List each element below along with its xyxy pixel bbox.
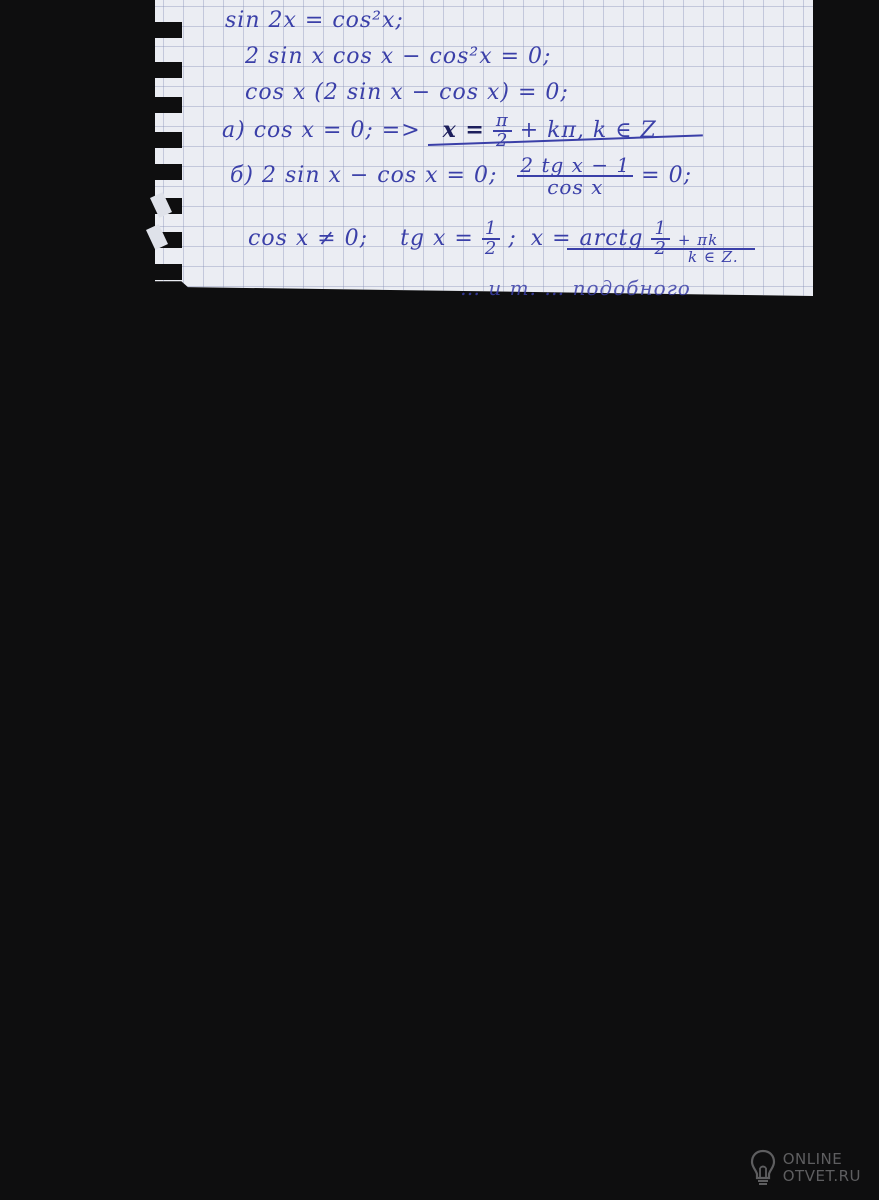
binder-hole — [150, 97, 182, 113]
case-b-line: б) 2 sin x − cos x = 0; 2 tg x − 1 cos x… — [230, 155, 692, 197]
binder-hole — [150, 22, 182, 38]
binder-hole — [150, 264, 182, 280]
tg-fraction-tail: = 0; — [641, 163, 692, 188]
pi-over-two-fraction: π 2 — [493, 112, 512, 150]
equation-line-2: 2 sin x cos x − cos²x = 0; — [245, 44, 551, 69]
cut-off-line: … и т. … подобного — [460, 276, 691, 300]
binder-holes — [150, 0, 190, 300]
one-half-fraction: 1 2 — [482, 220, 500, 258]
binder-hole — [150, 164, 182, 180]
answer-b-domain: k ∈ Z. — [688, 248, 739, 266]
equation-line-3: cos x (2 sin x − cos x) = 0; — [245, 80, 569, 105]
lightbulb-icon — [749, 1148, 777, 1188]
equation-line-1: sin 2x = cos²x; — [225, 8, 404, 33]
case-a-condition: a) cos x = 0; => — [222, 118, 421, 143]
case-b-solution-line: cos x ≠ 0; tg x = 1 2 ; x = arctg 1 2 + … — [248, 220, 718, 258]
cos-nonzero: cos x ≠ 0; — [248, 226, 368, 251]
watermark-text: ONLINE OTVET.RU — [783, 1151, 861, 1185]
tg-equals: tg x = — [400, 226, 474, 251]
tg-fraction: 2 tg x − 1 cos x — [517, 155, 633, 197]
case-b-condition: б) 2 sin x − cos x = 0; — [230, 163, 497, 188]
binder-hole — [150, 132, 182, 148]
torn-paper-scrap — [150, 192, 172, 218]
case-a-x: x = — [443, 117, 485, 143]
watermark: ONLINE OTVET.RU — [749, 1148, 861, 1188]
binder-hole — [150, 62, 182, 78]
